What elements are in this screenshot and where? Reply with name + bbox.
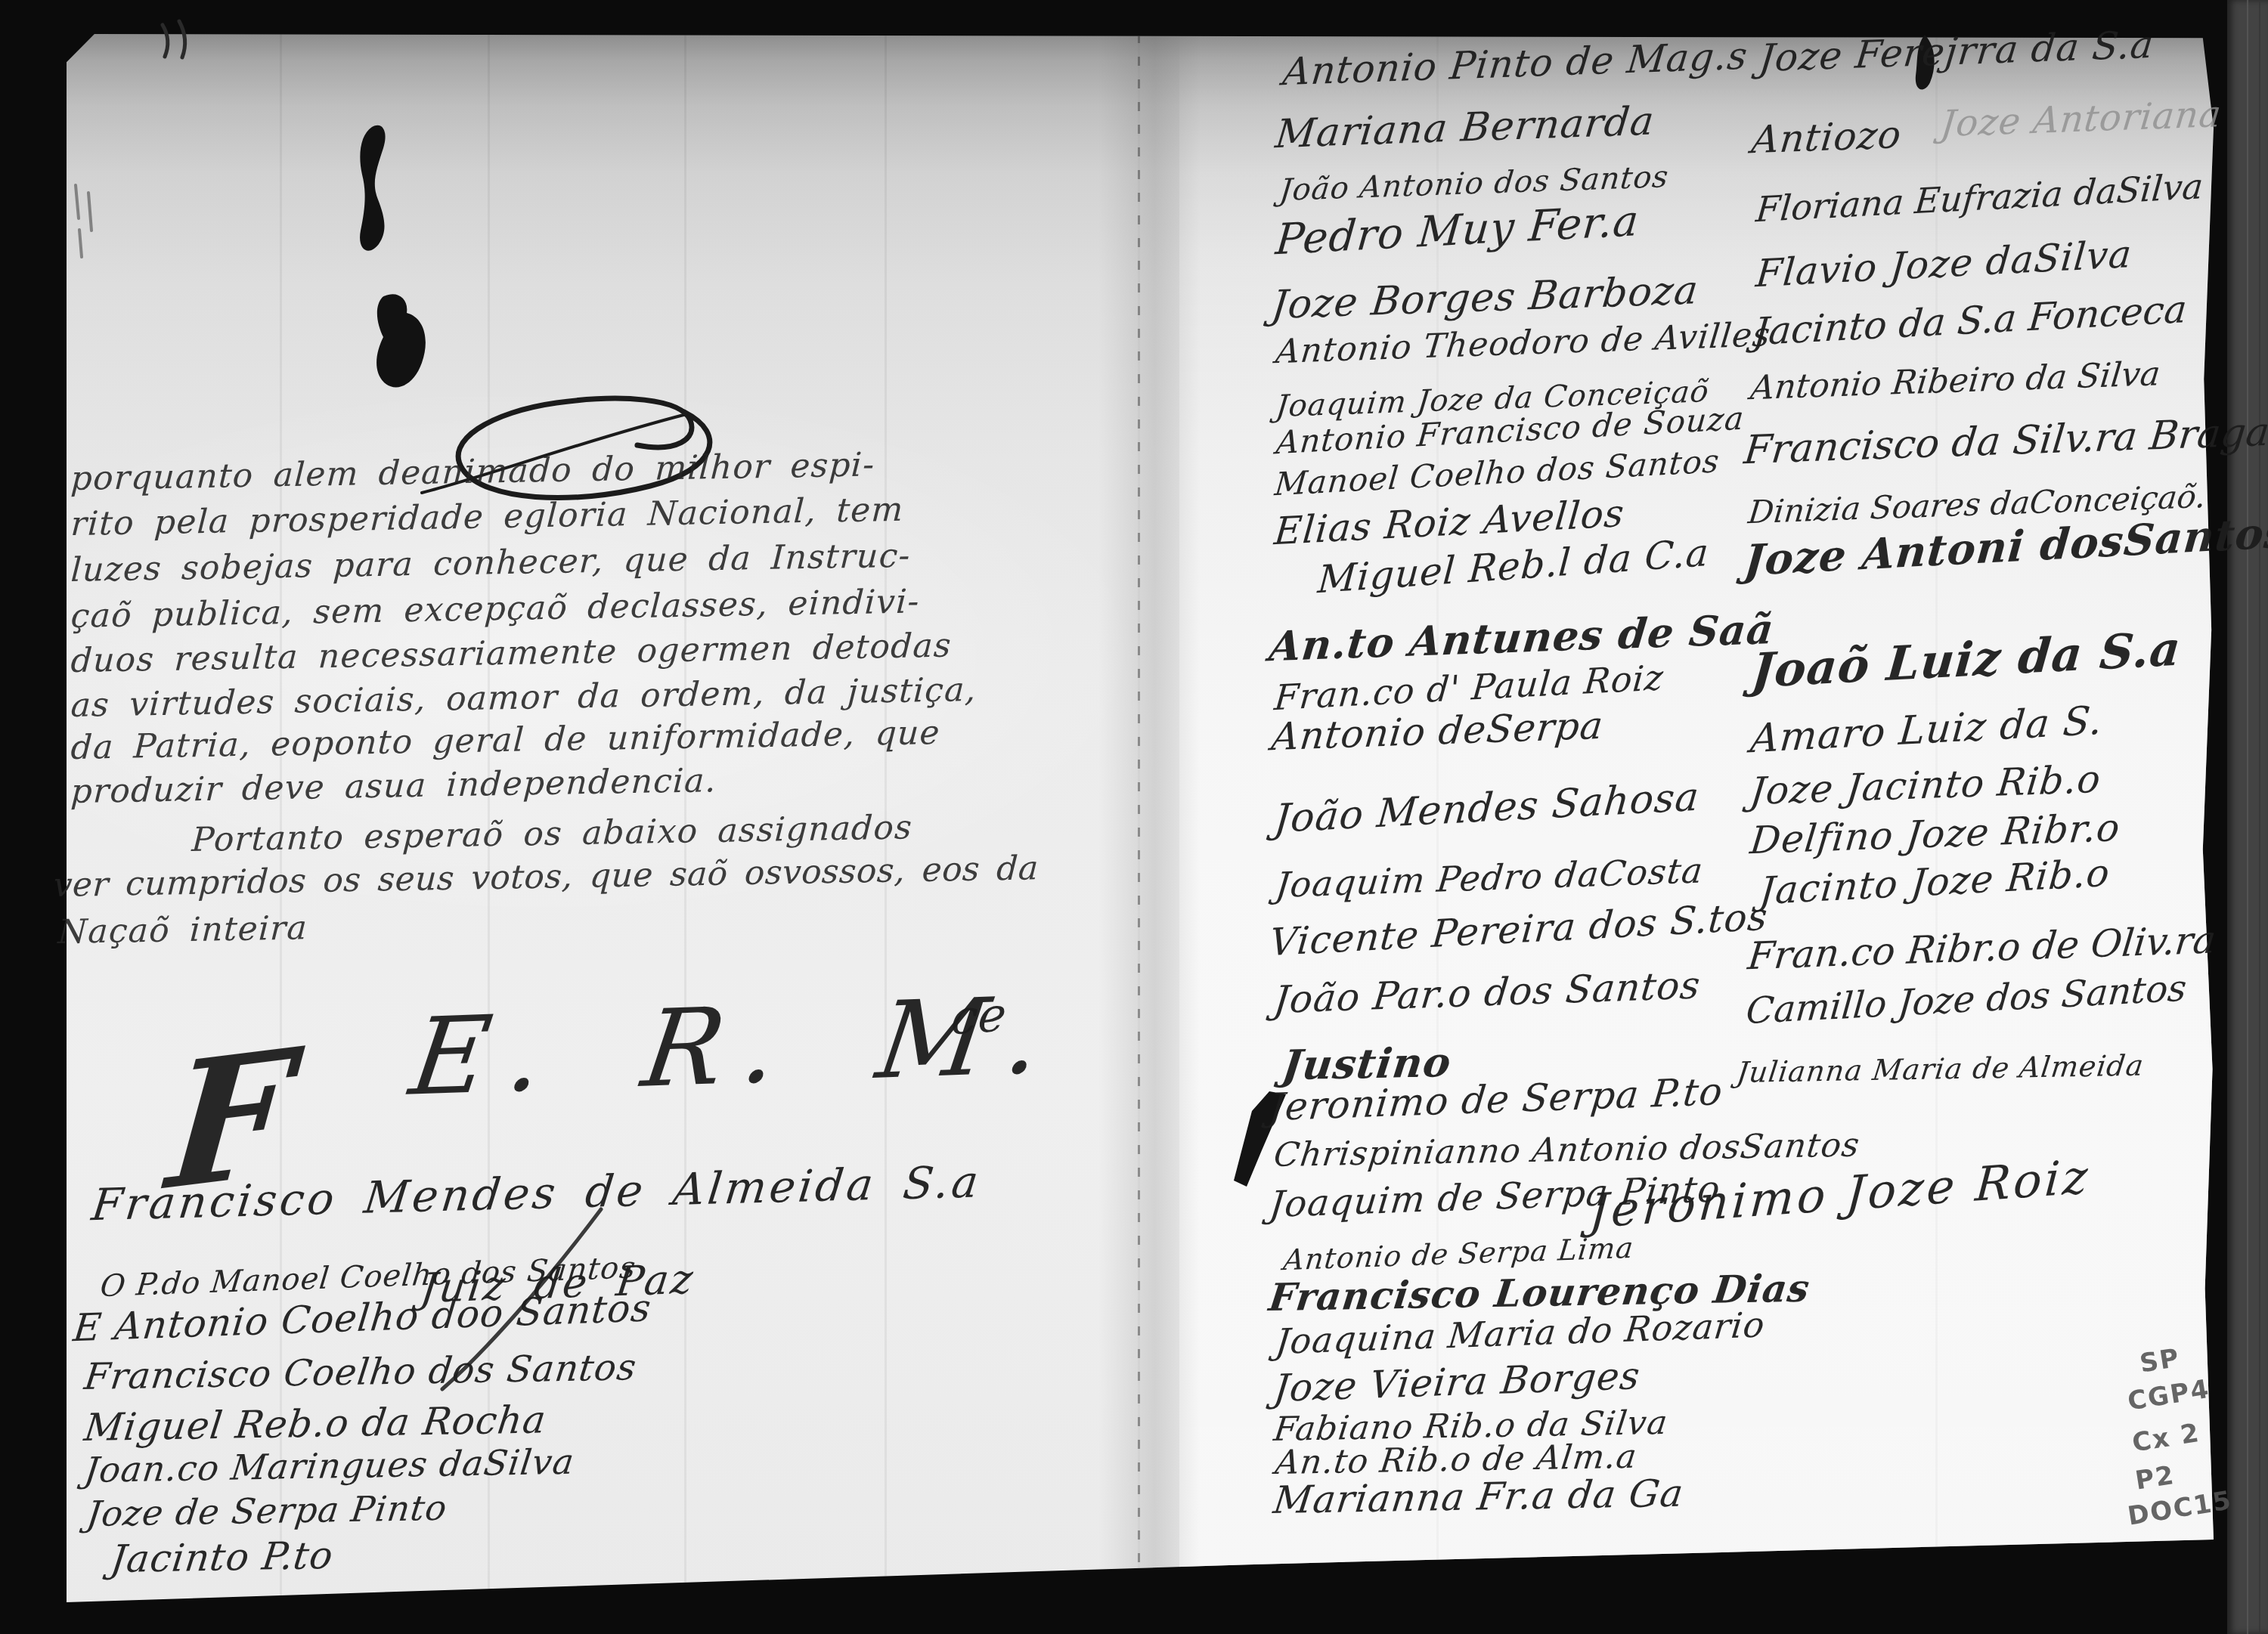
petition-body-line: Naçaõ inteira [57, 911, 308, 949]
witness-signature: Miguel Reb.o da Rocha [82, 1400, 549, 1447]
petition-signature: Joze Antoriana [1939, 96, 2223, 142]
witness-signature: Jacinto P.to [109, 1537, 336, 1578]
petition-signature: Antiozo [1750, 116, 1904, 159]
film-strip-edge [2227, 0, 2268, 1634]
page-gutter [1098, 34, 1201, 1602]
film-scratch [2247, 0, 2248, 1634]
fold-crease [1138, 34, 1140, 1602]
witness-signature: Joan.co Maringues daSilva [82, 1444, 576, 1487]
petition-signature: Marianna Fr.a da Ga [1272, 1475, 1686, 1520]
petition-signature: Joze Jacinto Rib.o [1749, 760, 2103, 810]
petition-signature: Chrispinianno Antonio dosSantos [1272, 1128, 1862, 1172]
petition-signature: Antonio deSerpa [1270, 707, 1606, 757]
petition-signature: Julianna Maria de Almeida [1735, 1051, 2146, 1087]
valediction-superscript: ce [949, 991, 1009, 1042]
archive-code-line: P2 [2133, 1462, 2177, 1494]
witness-signature: Joze de Serpa Pinto [85, 1490, 449, 1531]
petition-signature: Justino [1280, 1041, 1454, 1085]
archive-code-line: SP [2138, 1345, 2182, 1377]
witness-signature: Francisco Coelho dos Santos [82, 1349, 639, 1395]
microfilm-scan: E. R. M. ce F Francisco Mendes de Almeid… [0, 0, 2268, 1634]
film-scratch [2259, 0, 2260, 1634]
